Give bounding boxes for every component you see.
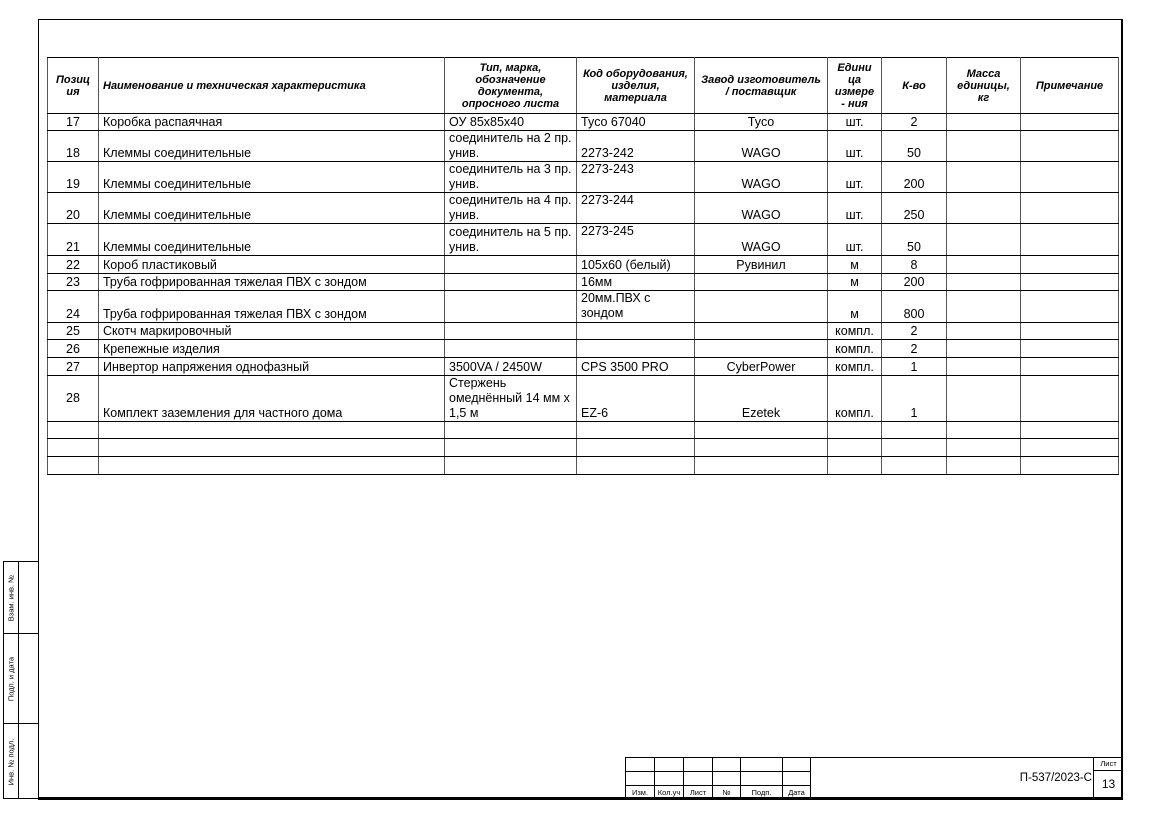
cell-type: Стержень омеднённый 14 мм х 1,5 м	[445, 376, 577, 422]
cell-mass	[947, 323, 1021, 340]
cell-code: EZ-6	[577, 376, 695, 422]
cell-maker	[695, 439, 828, 457]
cell-note	[1021, 340, 1119, 358]
cell-note	[1021, 224, 1119, 256]
table-row: 23Труба гофрированная тяжелая ПВХ с зонд…	[48, 274, 1119, 291]
cell-qty: 1	[882, 358, 947, 376]
cell-code	[577, 323, 695, 340]
cell-code	[577, 340, 695, 358]
table-row: 21Клеммы соединительныесоединитель на 5 …	[48, 224, 1119, 256]
cell-type	[445, 256, 577, 274]
cell-unit: шт.	[828, 162, 882, 193]
cell-type: соединитель на 3 пр. унив.	[445, 162, 577, 193]
cell-unit: компл.	[828, 358, 882, 376]
table-row: 25Скотч маркировочныйкомпл.2	[48, 323, 1119, 340]
cell-note	[1021, 422, 1119, 439]
cell-code: Tyco 67040	[577, 114, 695, 131]
cell-type	[445, 274, 577, 291]
cell-qty: 50	[882, 224, 947, 256]
cell-type	[445, 291, 577, 323]
cell-type: соединитель на 2 пр. унив.	[445, 131, 577, 162]
cell-code	[577, 422, 695, 439]
header-type: Тип, марка, обозначение документа, опрос…	[445, 58, 577, 114]
cell-pos: 19	[48, 162, 99, 193]
cell-name: Короб пластиковый	[99, 256, 445, 274]
cell-pos: 25	[48, 323, 99, 340]
cell-name	[99, 439, 445, 457]
cell-qty: 2	[882, 114, 947, 131]
table-body: 17Коробка распаячнаяОУ 85х85х40Tyco 6704…	[48, 114, 1119, 475]
cell-note	[1021, 358, 1119, 376]
cell-note	[1021, 131, 1119, 162]
cell-note	[1021, 323, 1119, 340]
cell-code: 16мм	[577, 274, 695, 291]
cell-code	[577, 439, 695, 457]
header-name: Наименование и техническая характеристик…	[99, 58, 445, 114]
cell-pos: 23	[48, 274, 99, 291]
cell-note	[1021, 162, 1119, 193]
cell-pos: 26	[48, 340, 99, 358]
table-row: 22Короб пластиковый105х60 (белый)Рувинил…	[48, 256, 1119, 274]
cell-qty: 1	[882, 376, 947, 422]
cell-maker: WAGO	[695, 162, 828, 193]
cell-code	[577, 457, 695, 475]
cell-pos	[48, 439, 99, 457]
cell-note	[1021, 376, 1119, 422]
cell-code: 105х60 (белый)	[577, 256, 695, 274]
cell-maker: CyberPower	[695, 358, 828, 376]
cell-qty: 50	[882, 131, 947, 162]
revision-grid: Изм. Кол.уч Лист № Подп. Дата	[626, 758, 811, 800]
cell-maker	[695, 291, 828, 323]
cell-note	[1021, 439, 1119, 457]
sheet-box: Лист 13	[1093, 758, 1123, 799]
table-header-row: Позиц ия Наименование и техническая хара…	[48, 58, 1119, 114]
cell-note	[1021, 193, 1119, 224]
sheet-label: Лист	[1094, 758, 1123, 771]
cell-maker	[695, 274, 828, 291]
header-maker: Завод изготовитель / поставщик	[695, 58, 828, 114]
cell-unit	[828, 439, 882, 457]
cell-unit: м	[828, 291, 882, 323]
cell-mass	[947, 224, 1021, 256]
cell-pos: 28	[48, 376, 99, 422]
table-row: 17Коробка распаячнаяОУ 85х85х40Tyco 6704…	[48, 114, 1119, 131]
cell-mass	[947, 291, 1021, 323]
cell-name: Клеммы соединительные	[99, 193, 445, 224]
side-stamp-cell: Подп. и дата	[4, 634, 38, 724]
cell-unit: шт.	[828, 114, 882, 131]
cell-unit: компл.	[828, 323, 882, 340]
cell-pos: 27	[48, 358, 99, 376]
cell-type: соединитель на 5 пр. унив.	[445, 224, 577, 256]
cell-unit: компл.	[828, 376, 882, 422]
cell-unit: м	[828, 256, 882, 274]
side-stamp-label: Взам. инв. №	[7, 574, 16, 620]
cell-qty: 200	[882, 162, 947, 193]
cell-maker: WAGO	[695, 224, 828, 256]
cell-note	[1021, 114, 1119, 131]
cell-mass	[947, 274, 1021, 291]
table-row: 19Клеммы соединительныесоединитель на 3 …	[48, 162, 1119, 193]
cell-code: CPS 3500 PRO	[577, 358, 695, 376]
cell-name: Клеммы соединительные	[99, 131, 445, 162]
cell-type	[445, 439, 577, 457]
cell-mass	[947, 162, 1021, 193]
cell-maker	[695, 323, 828, 340]
cell-pos: 24	[48, 291, 99, 323]
cell-pos	[48, 457, 99, 475]
cell-type: 3500VA / 2450W	[445, 358, 577, 376]
header-code: Код оборудования, изделия, материала	[577, 58, 695, 114]
document-code: П-537/2023-С	[1020, 772, 1092, 784]
cell-maker: Рувинил	[695, 256, 828, 274]
cell-mass	[947, 439, 1021, 457]
table-row: 24Труба гофрированная тяжелая ПВХ с зонд…	[48, 291, 1119, 323]
cell-mass	[947, 422, 1021, 439]
cell-mass	[947, 131, 1021, 162]
cell-pos: 17	[48, 114, 99, 131]
table-row	[48, 422, 1119, 439]
table-row: 27Инвертор напряжения однофазный3500VA /…	[48, 358, 1119, 376]
cell-qty	[882, 439, 947, 457]
cell-type	[445, 457, 577, 475]
cell-name: Клеммы соединительные	[99, 224, 445, 256]
cell-type	[445, 422, 577, 439]
cell-name: Инвертор напряжения однофазный	[99, 358, 445, 376]
cell-qty: 800	[882, 291, 947, 323]
table-row: 26Крепежные изделиякомпл.2	[48, 340, 1119, 358]
cell-type: ОУ 85х85х40	[445, 114, 577, 131]
table-row: 20Клеммы соединительныесоединитель на 4 …	[48, 193, 1119, 224]
cell-qty	[882, 422, 947, 439]
cell-maker: Ezetek	[695, 376, 828, 422]
table-row	[48, 439, 1119, 457]
cell-note	[1021, 256, 1119, 274]
cell-name: Коробка распаячная	[99, 114, 445, 131]
cell-maker	[695, 422, 828, 439]
header-pos: Позиц ия	[48, 58, 99, 114]
cell-qty	[882, 457, 947, 475]
cell-pos	[48, 422, 99, 439]
side-stamp-label: Инв. № подл.	[7, 738, 16, 785]
cell-qty: 2	[882, 340, 947, 358]
cell-mass	[947, 193, 1021, 224]
cell-qty: 250	[882, 193, 947, 224]
cell-mass	[947, 114, 1021, 131]
side-stamp-cell: Инв. № подл.	[4, 724, 38, 799]
cell-name: Труба гофрированная тяжелая ПВХ с зондом	[99, 291, 445, 323]
cell-unit: шт.	[828, 193, 882, 224]
cell-mass	[947, 256, 1021, 274]
cell-unit	[828, 457, 882, 475]
cell-maker	[695, 340, 828, 358]
frame-bottom-line	[38, 798, 1123, 800]
cell-qty: 200	[882, 274, 947, 291]
cell-maker: WAGO	[695, 131, 828, 162]
cell-type: соединитель на 4 пр. унив.	[445, 193, 577, 224]
side-stamp-cell: Взам. инв. №	[4, 562, 38, 634]
cell-name	[99, 457, 445, 475]
cell-name: Скотч маркировочный	[99, 323, 445, 340]
header-unit: Едини ца измере - ния	[828, 58, 882, 114]
cell-name: Крепежные изделия	[99, 340, 445, 358]
header-mass: Масса единицы, кг	[947, 58, 1021, 114]
cell-code: 2273-245	[577, 224, 695, 256]
cell-note	[1021, 291, 1119, 323]
cell-type	[445, 340, 577, 358]
cell-code: 2273-242	[577, 131, 695, 162]
table-row: 18Клеммы соединительныесоединитель на 2 …	[48, 131, 1119, 162]
cell-unit: шт.	[828, 131, 882, 162]
cell-code: 2273-244	[577, 193, 695, 224]
table-row	[48, 457, 1119, 475]
cell-unit	[828, 422, 882, 439]
cell-mass	[947, 376, 1021, 422]
side-stamp-label: Подп. и дата	[7, 656, 16, 700]
cell-code: 2273-243	[577, 162, 695, 193]
sheet-number: 13	[1094, 771, 1123, 797]
title-block: Изм. Кол.уч Лист № Подп. Дата П-537/2023…	[625, 757, 1123, 799]
cell-unit: м	[828, 274, 882, 291]
cell-unit: шт.	[828, 224, 882, 256]
header-note: Примечание	[1021, 58, 1119, 114]
cell-maker: WAGO	[695, 193, 828, 224]
cell-mass	[947, 340, 1021, 358]
cell-maker: Tyco	[695, 114, 828, 131]
cell-maker	[695, 457, 828, 475]
cell-qty: 8	[882, 256, 947, 274]
cell-qty: 2	[882, 323, 947, 340]
cell-name: Комплект заземления для частного дома	[99, 376, 445, 422]
cell-pos: 18	[48, 131, 99, 162]
cell-type	[445, 323, 577, 340]
cell-unit: компл.	[828, 340, 882, 358]
cell-note	[1021, 457, 1119, 475]
cell-pos: 22	[48, 256, 99, 274]
cell-name: Клеммы соединительные	[99, 162, 445, 193]
table-row: 28Комплект заземления для частного домаС…	[48, 376, 1119, 422]
cell-mass	[947, 457, 1021, 475]
cell-pos: 21	[48, 224, 99, 256]
specification-table: Позиц ия Наименование и техническая хара…	[47, 57, 1119, 475]
header-qty: К-во	[882, 58, 947, 114]
cell-name	[99, 422, 445, 439]
cell-code: 20мм.ПВХ с зондом	[577, 291, 695, 323]
cell-mass	[947, 358, 1021, 376]
cell-note	[1021, 274, 1119, 291]
cell-name: Труба гофрированная тяжелая ПВХ с зондом	[99, 274, 445, 291]
side-stamp: Взам. инв. № Подп. и дата Инв. № подл.	[3, 561, 38, 799]
cell-pos: 20	[48, 193, 99, 224]
